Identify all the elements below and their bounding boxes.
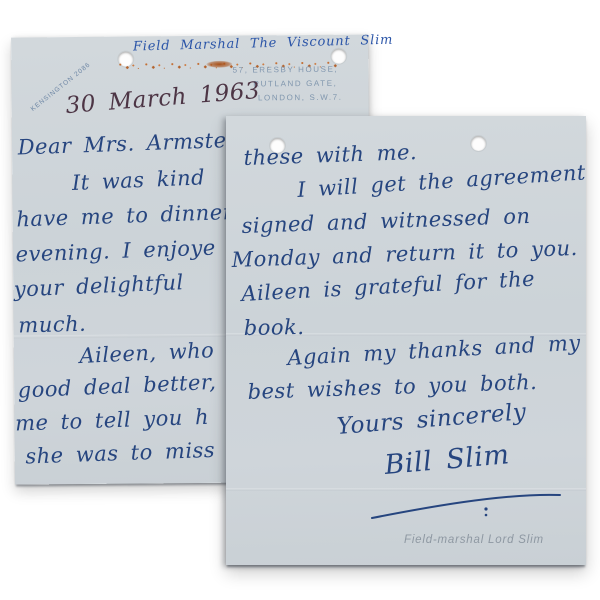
handwritten-line: have me to dinner. xyxy=(16,200,239,232)
handwritten-line: these with me. xyxy=(243,140,417,170)
handwritten-line: much. xyxy=(18,312,87,338)
handwritten-line: Dear Mrs. Armstead, xyxy=(17,127,261,159)
pencil-annotation: Field-marshal Lord Slim xyxy=(404,534,544,546)
handwritten-line: book. xyxy=(244,315,305,340)
handwritten-line: Again my thanks and my xyxy=(287,331,581,370)
punch-hole xyxy=(471,136,486,151)
handwritten-line: she was to miss xyxy=(25,438,216,469)
signature: Bill Slim xyxy=(383,439,510,481)
letterhead-line-2: RUTLAND GATE, xyxy=(253,79,337,89)
handwritten-line: It was kind xyxy=(71,165,205,195)
letter-date: 30 March 1963 xyxy=(65,78,261,119)
handwritten-line: me to tell you h xyxy=(15,405,210,436)
closing-line: Yours sincerely xyxy=(336,399,527,440)
handwritten-line: evening. I enjoye xyxy=(15,236,216,267)
handwritten-line: good deal better, xyxy=(17,370,217,403)
handwritten-line: signed and witnessed on xyxy=(241,204,531,238)
handwritten-line: Aileen, who xyxy=(79,338,215,368)
handwritten-line: best wishes to you both. xyxy=(247,370,537,404)
handwritten-line: Aileen is grateful for the xyxy=(241,267,536,306)
owner-annotation: Field Marshal The Viscount Slim xyxy=(133,33,394,55)
letterhead-line-3: LONDON, S.W.7. xyxy=(258,93,343,103)
handwritten-line: your delightful xyxy=(13,270,184,301)
letter-page-2: these with me. I will get the agreement … xyxy=(226,116,586,565)
letter-photograph: Field Marshal The Viscount Slim 57, ERES… xyxy=(0,0,600,600)
signature-flourish xyxy=(368,484,568,524)
letterhead-line-1: 57, ERESBY HOUSE, xyxy=(233,65,339,75)
